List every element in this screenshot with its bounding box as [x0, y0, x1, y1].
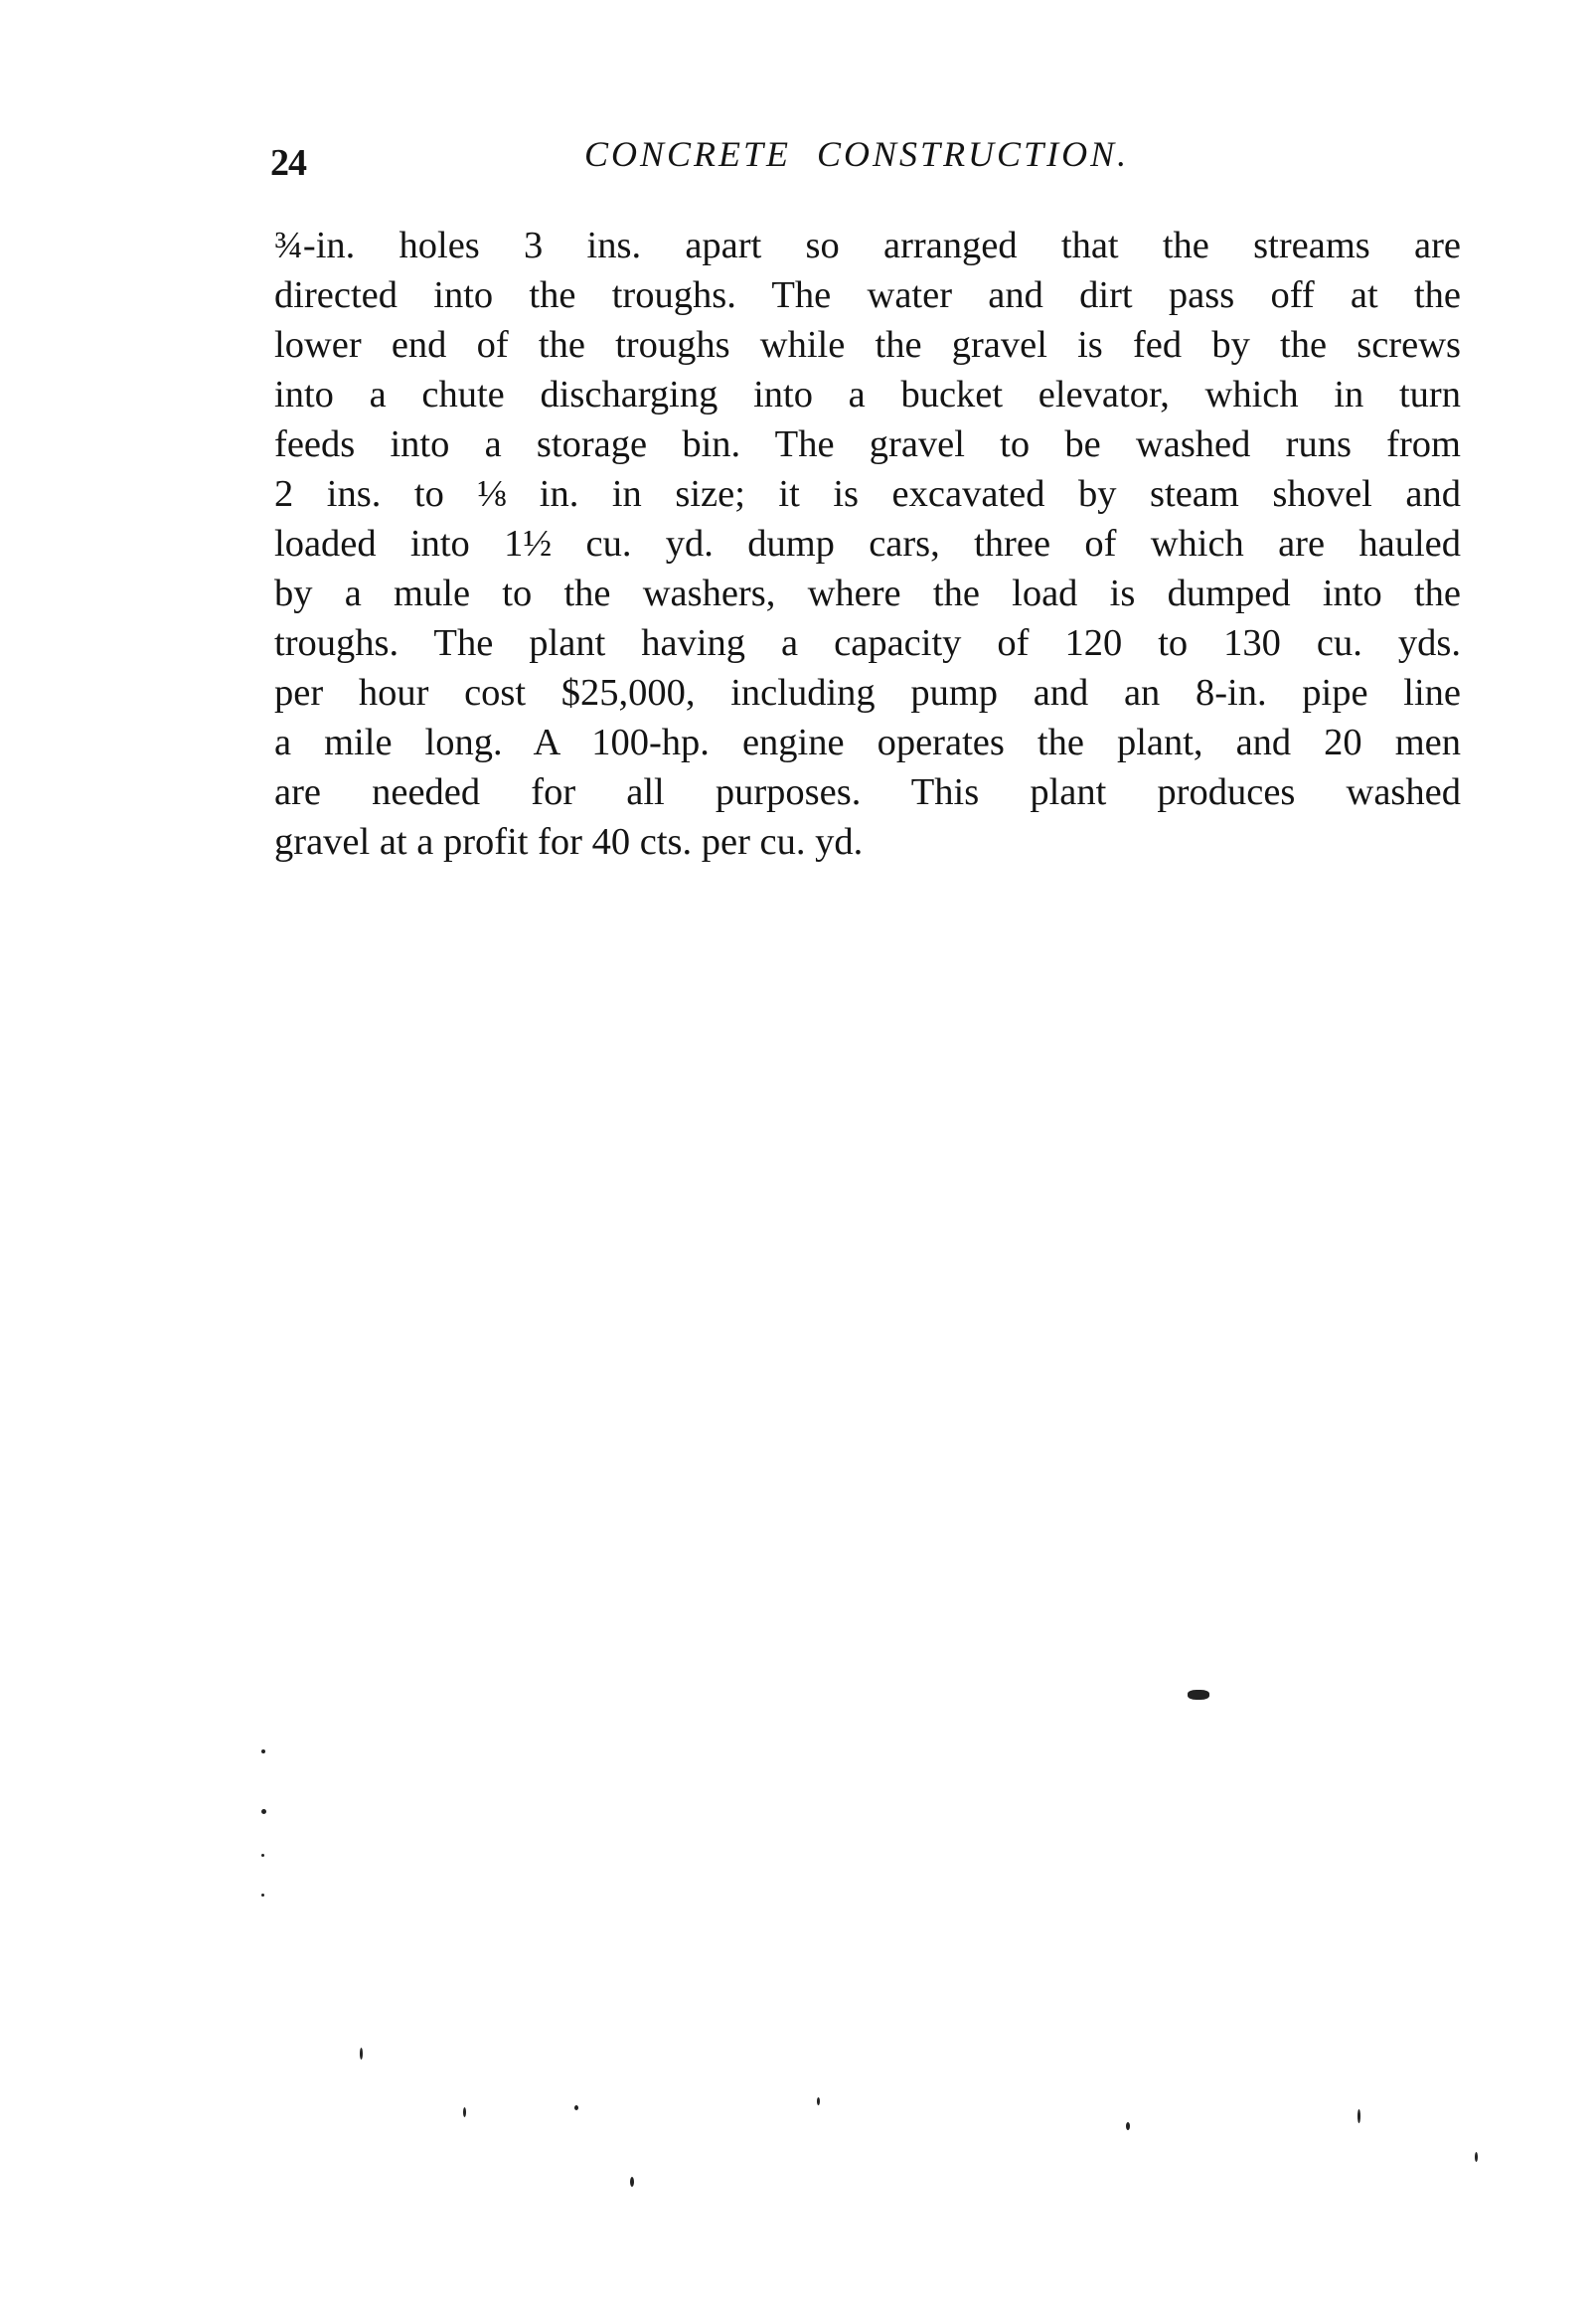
text-line: are needed for all purposes. This plant …	[274, 767, 1461, 817]
text-line: loaded into 1½ cu. yd. dump cars, three …	[274, 519, 1461, 569]
text-line: into a chute discharging into a bucket e…	[274, 370, 1461, 419]
text-line: troughs. The plant having a capacity of …	[274, 618, 1461, 668]
text-line: per hour cost $25,000, including pump an…	[274, 668, 1461, 718]
scan-speck	[1357, 2109, 1360, 2123]
scan-speck	[261, 1809, 266, 1814]
running-title: CONCRETE CONSTRUCTION.	[584, 133, 1129, 175]
text-line: by a mule to the washers, where the load…	[274, 569, 1461, 618]
scan-speck	[261, 1894, 264, 1897]
scan-speck	[463, 2107, 466, 2117]
scan-speck	[574, 2105, 578, 2110]
scan-speck	[630, 2177, 634, 2187]
text-line: directed into the troughs. The water and…	[274, 270, 1461, 320]
text-line: lower end of the troughs while the grave…	[274, 320, 1461, 370]
scan-speck	[817, 2097, 820, 2105]
text-line: 2 ins. to ⅛ in. in size; it is excavated…	[274, 469, 1461, 519]
page-number: 24	[270, 141, 306, 185]
text-line: feeds into a storage bin. The gravel to …	[274, 419, 1461, 469]
scan-speck	[261, 1854, 264, 1857]
page-header: 24 CONCRETE CONSTRUCTION.	[270, 127, 1463, 187]
scan-speck	[1126, 2122, 1130, 2130]
scan-speck	[1188, 1690, 1209, 1700]
text-line: ¾-in. holes 3 ins. apart so arranged tha…	[274, 221, 1461, 270]
scan-speck	[360, 2048, 363, 2060]
scan-speck	[1475, 2152, 1478, 2162]
text-line: gravel at a profit for 40 cts. per cu. y…	[274, 817, 1461, 867]
body-paragraph: ¾-in. holes 3 ins. apart so arranged tha…	[274, 221, 1461, 867]
scan-speck	[261, 1749, 265, 1753]
text-line: a mile long. A 100-hp. engine operates t…	[274, 718, 1461, 767]
